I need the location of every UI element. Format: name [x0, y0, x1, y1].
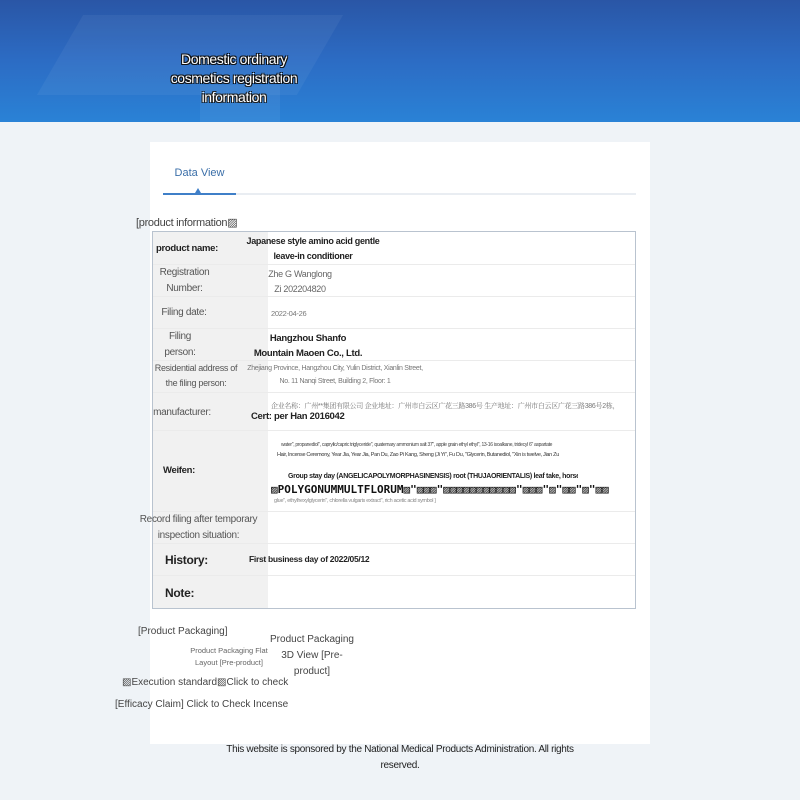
label-filing-person: Filing person:: [153, 329, 207, 361]
table-row-residential-address: Residential address of the filing person…: [153, 361, 635, 393]
label-registration-number: Registration Number:: [143, 265, 226, 297]
header-banner: Domestic ordinary cosmetics registration…: [0, 0, 800, 122]
table-row-record-filing: Record filing after temporary inspection…: [153, 512, 635, 544]
value-manufacturer-cert: Cert: per Han 2016042: [251, 409, 351, 424]
value-weifen-line-5: glue", ethylhexylglycerin", chlorella vu…: [274, 494, 524, 509]
caret-up-icon: [195, 188, 201, 193]
value-product-name: Japanese style amino acid gentle leave-i…: [243, 234, 383, 264]
page-title: Domestic ordinary cosmetics registration…: [150, 50, 318, 107]
packaging-flat-layout-link[interactable]: Product Packaging Flat Layout [Pre-produ…: [186, 645, 272, 669]
execution-standard-link[interactable]: ▨Execution standard▨Click to check: [122, 677, 288, 688]
value-history: First business day of 2022/05/12: [249, 552, 409, 567]
packaging-3d-view-link[interactable]: Product Packaging 3D View [Pre-product]: [270, 632, 354, 680]
value-filing-date: 2022-04-26: [271, 306, 311, 321]
table-row-product-name: product name: Japanese style amino acid …: [153, 232, 635, 265]
label-history: History:: [165, 552, 209, 568]
tab-active-indicator: [163, 193, 236, 195]
table-row-note: Note:: [153, 576, 635, 608]
label-filing-date: Filing date:: [153, 305, 215, 321]
value-registration-number: Zhe G Wanglong Zi 202204820: [265, 267, 335, 297]
table-row-weifen: Weifen: water", propanediol", caprylic/c…: [153, 431, 635, 512]
label-product-name: product name:: [153, 241, 221, 257]
label-note: Note:: [165, 585, 205, 601]
product-info-table: product name: Japanese style amino acid …: [152, 231, 636, 609]
footer-copyright: This website is sponsored by the Nationa…: [220, 742, 580, 774]
table-row-manufacturer: manufacturer: 企业名称：广州**集团有限公司 企业地址：广州市白云…: [153, 393, 635, 431]
table-row-filing-date: Filing date: 2022-04-26: [153, 297, 635, 329]
section-title-product-packaging: [Product Packaging]: [138, 626, 228, 637]
efficacy-claim-link[interactable]: [Efficacy Claim] Click to Check Incense: [115, 699, 288, 710]
value-weifen-line-1: water", propanediol", caprylic/capric tr…: [281, 441, 601, 449]
table-row-history: History: First business day of 2022/05/1…: [153, 544, 635, 576]
value-filing-person: Hangzhou Shanfo Mountain Maoen Co., Ltd.: [249, 331, 367, 361]
label-residential-address: Residential address of the filing person…: [151, 361, 241, 391]
label-weifen: Weifen:: [161, 463, 197, 479]
table-row-registration-number: Registration Number: Zhe G Wanglong Zi 2…: [153, 265, 635, 297]
label-manufacturer: manufacturer:: [151, 405, 213, 421]
table-row-filing-person: Filing person: Hangzhou Shanfo Mountain …: [153, 329, 635, 361]
label-record-filing: Record filing after temporary inspection…: [136, 512, 261, 544]
section-title-product-information: [product information▨: [136, 216, 237, 229]
value-residential-address: Zhejiang Province, Hangzhou City, Yulin …: [243, 362, 427, 388]
tab-bar: Data View: [163, 162, 636, 196]
value-weifen-line-2: Hair, Incense Ceremony, Year Jia, Year J…: [277, 451, 635, 460]
